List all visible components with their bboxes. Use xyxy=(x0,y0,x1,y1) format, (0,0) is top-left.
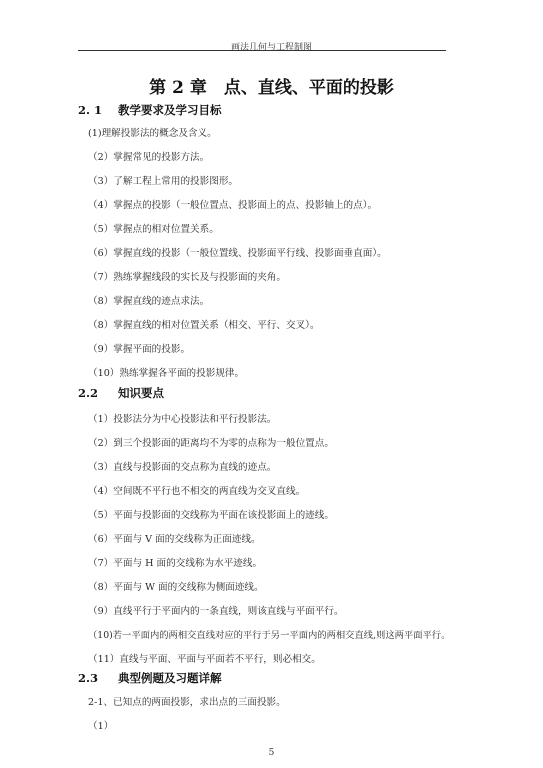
running-header: 画法几何与工程制图 xyxy=(0,40,543,53)
section-heading-2-3: 2.3典型例题及习题详解 xyxy=(78,670,222,686)
list-item: （8）掌握直线的迹点求法。 xyxy=(88,293,209,307)
list-item: （8）掌握直线的相对位置关系（相交、平行、交叉）。 xyxy=(88,317,320,331)
list-item: （10)若一平面内的两相交直线对应的平行于另一平面内的两相交直线,则这两平面平行… xyxy=(88,627,450,641)
header-rule xyxy=(78,50,446,51)
section-title: 知识要点 xyxy=(118,386,164,400)
list-item: （2）掌握常见的投影方法。 xyxy=(88,149,209,163)
section-title: 典型例题及习题详解 xyxy=(118,671,222,685)
list-item: （11）直线与平面、平面与平面若不平行，则必相交。 xyxy=(88,651,321,665)
list-item: （9）直线平行于平面内的一条直线，则该直线与平面平行。 xyxy=(88,603,344,617)
section-number: 2. 1 xyxy=(78,103,118,117)
list-item: (1)理解投影法的概念及含义。 xyxy=(88,125,217,139)
list-item: （6）平面与 V 面的交线称为正面迹线。 xyxy=(88,531,261,545)
list-item: （7）平面与 H 面的交线称为水平迹线。 xyxy=(88,555,262,569)
list-item: （5）掌握点的相对位置关系。 xyxy=(88,221,219,235)
section-heading-2-1: 2. 1教学要求及学习目标 xyxy=(78,102,222,118)
list-item: （10）熟练掌握各平面的投影规律。 xyxy=(88,365,244,379)
list-item: （1）投影法分为中心投影法和平行投影法。 xyxy=(88,411,276,425)
list-item: （4）掌握点的投影（一般位置点、投影面上的点、投影轴上的点）。 xyxy=(88,197,377,211)
list-item: （2）到三个投影面的距离均不为零的点称为一般位置点。 xyxy=(88,435,334,449)
list-item: （8）平面与 W 面的交线称为侧面迹线。 xyxy=(88,579,264,593)
list-item: （4）空间既不平行也不相交的两直线为交叉直线。 xyxy=(88,483,305,497)
list-item: （3）了解工程上常用的投影图形。 xyxy=(88,173,238,187)
exercise-prompt: 2-1、已知点的两面投影，求出点的三面投影。 xyxy=(88,694,286,708)
list-item: （3）直线与投影面的交点称为直线的迹点。 xyxy=(88,459,276,473)
list-item: （5）平面与投影面的交线称为平面在该投影面上的迹线。 xyxy=(88,507,334,521)
chapter-title: 第 2 章 点、直线、平面的投影 xyxy=(0,73,543,98)
page-number: 5 xyxy=(0,748,543,758)
section-number: 2.3 xyxy=(78,671,118,685)
exercise-subitem: （1） xyxy=(88,718,113,732)
section-number: 2.2 xyxy=(78,386,118,400)
section-title: 教学要求及学习目标 xyxy=(118,103,222,117)
list-item: （6）掌握直线的投影（一般位置线、投影面平行线、投影面垂直面）。 xyxy=(88,245,387,259)
list-item: （7）熟练掌握线段的实长及与投影面的夹角。 xyxy=(88,269,286,283)
section-heading-2-2: 2.2知识要点 xyxy=(78,385,164,401)
list-item: （9）掌握平面的投影。 xyxy=(88,341,190,355)
